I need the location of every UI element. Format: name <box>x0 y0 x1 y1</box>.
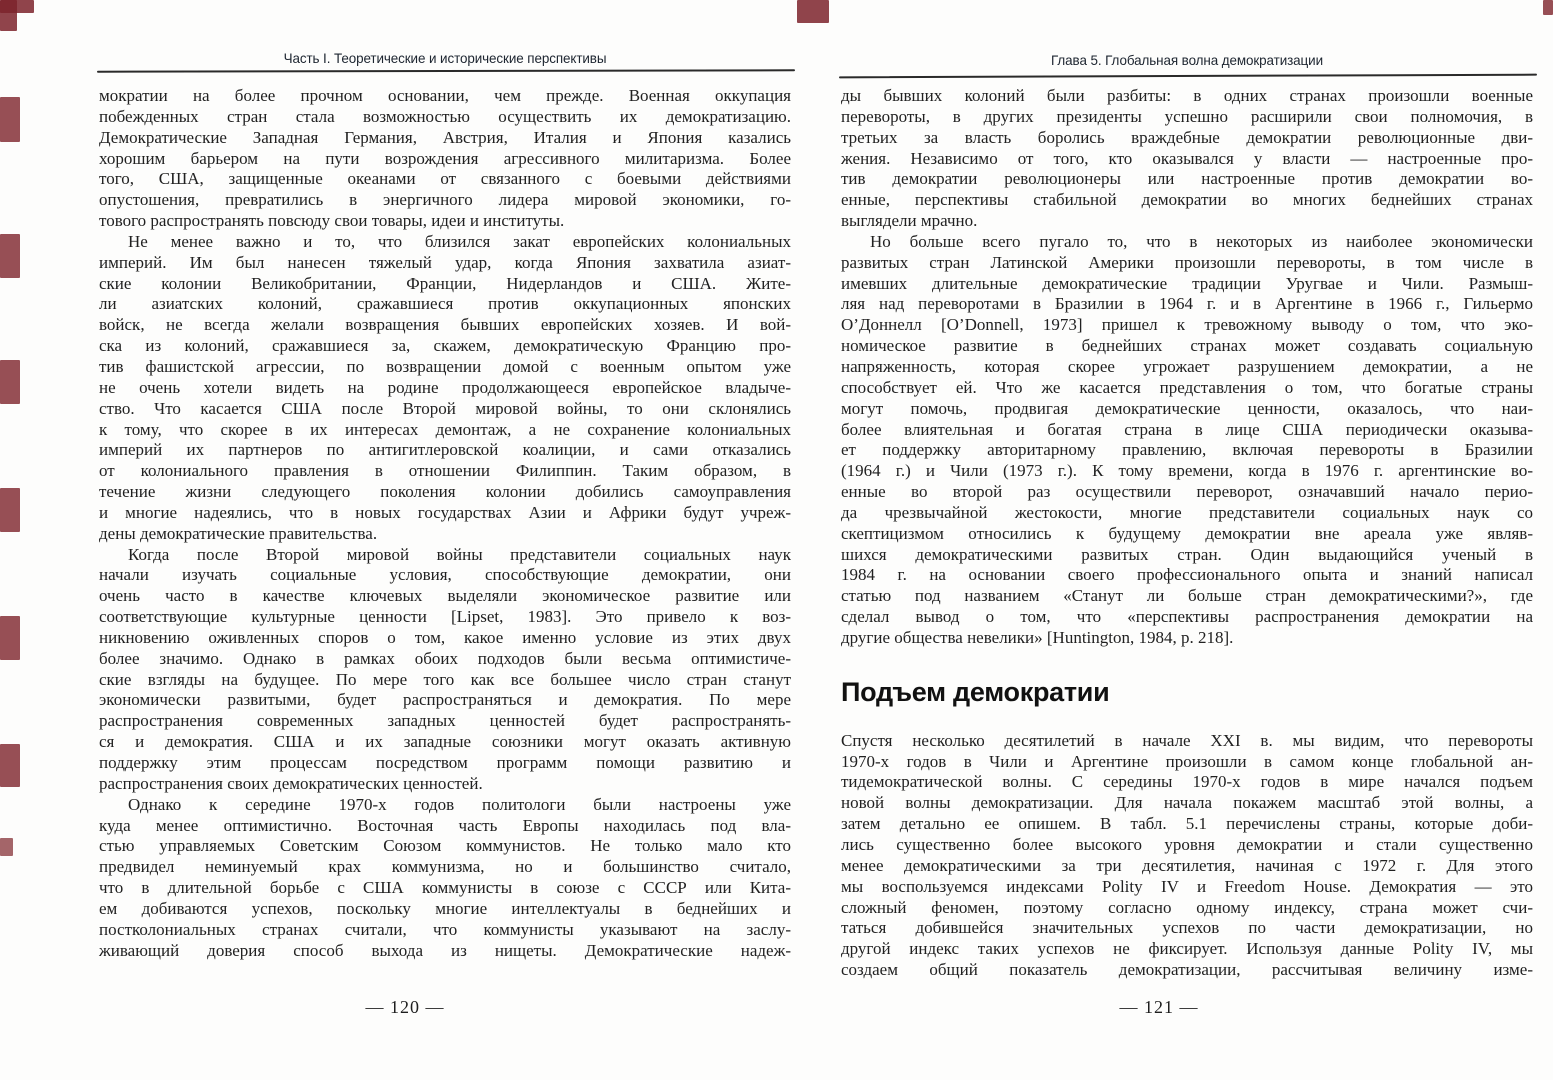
left-page: Часть I. Теоретические и исторические пе… <box>99 0 791 1080</box>
paragraph: Спустя несколько десятилетий в начале XX… <box>841 731 1533 981</box>
scan-edge-artifact <box>0 616 20 660</box>
text-line: выглядели мрачно. <box>841 211 1533 232</box>
text-line: ды бывших колоний были разбиты: в одних … <box>841 86 1533 107</box>
scan-edge-artifact <box>0 744 20 787</box>
text-line: ские взгляды на будущее. По мере того ка… <box>99 670 791 691</box>
right-page: Глава 5. Глобальная волна демократизации… <box>841 0 1533 1080</box>
right-header-rule <box>839 74 1537 79</box>
text-line: сложный феномен, поэтому согласно одному… <box>841 898 1533 919</box>
text-line: ляя над переворотами в Бразилии в 1964 г… <box>841 294 1533 315</box>
text-line: предвидел неминуемый крах коммунизма, но… <box>99 857 791 878</box>
text-line: от колониального правления в отношении Ф… <box>99 461 791 482</box>
text-line: тового распространять повсюду свои товар… <box>99 211 791 232</box>
scan-edge-artifact <box>0 360 20 404</box>
paragraph: Однако к середине 1970-х годов политолог… <box>99 795 791 962</box>
scan-edge-artifact <box>0 0 17 31</box>
text-line: способствует ей. Что же касается предста… <box>841 378 1533 399</box>
scan-edge-artifact <box>0 488 20 532</box>
text-line: номическое развитие в беднейших странах … <box>841 336 1533 357</box>
paragraph: ды бывших колоний были разбиты: в одних … <box>841 86 1533 232</box>
paragraph: мократии на более прочном основании, чем… <box>99 86 791 232</box>
text-line: 1970-х годов в Чили и Аргентине произошл… <box>841 752 1533 773</box>
text-line: ся и демократия. США и их западные союзн… <box>99 732 791 753</box>
text-line: побежденных стран стала возможностью осу… <box>99 107 791 128</box>
section-heading: Подъем демократии <box>841 676 1533 709</box>
text-line: стью управляемых Советским Союзом коммун… <box>99 836 791 857</box>
text-line: течение жизни следующего поколения колон… <box>99 482 791 503</box>
text-line: экономически развитыми, будет распростра… <box>99 690 791 711</box>
text-line: тив фашистской агрессии, по возвращении … <box>99 357 791 378</box>
text-line: и многие надеялись, что в новых государс… <box>99 503 791 524</box>
text-line: мократии на более прочном основании, чем… <box>99 86 791 107</box>
text-line: войск, не всегда желали возвращения бывш… <box>99 315 791 336</box>
text-line: другие общества невелики» [Huntington, 1… <box>841 628 1533 649</box>
text-line: Демократические Западная Германия, Австр… <box>99 128 791 149</box>
text-line: другой индекс таких успехов не фиксирует… <box>841 939 1533 960</box>
text-line: О’Доннелл [O’Donnell, 1973] пришел к тре… <box>841 315 1533 336</box>
text-line: ет поддержку авторитарному правлению, вк… <box>841 440 1533 461</box>
text-line: 1984 г. на основании своего профессионал… <box>841 565 1533 586</box>
text-line: енные, перспективы стабильной демократии… <box>841 190 1533 211</box>
left-running-head: Часть I. Теоретические и исторические пе… <box>113 50 777 66</box>
text-line: не очень хотели видеть на родине продолж… <box>99 378 791 399</box>
text-line: куда менее оптимистично. Восточная часть… <box>99 816 791 837</box>
text-line: опустошения, превратились в энергичного … <box>99 190 791 211</box>
text-line: ство. Что касается США после Второй миро… <box>99 399 791 420</box>
scan-edge-artifact <box>797 0 829 23</box>
text-line: хорошим барьером на пути возрождения агр… <box>99 149 791 170</box>
text-line: сделал вывод о том, что «перспективы рас… <box>841 607 1533 628</box>
text-line: третьих за власть боролись враждебные де… <box>841 128 1533 149</box>
text-line: империй. Им был нанесен тяжелый удар, ко… <box>99 253 791 274</box>
text-line: затем детально ее опишем. В табл. 5.1 пе… <box>841 814 1533 835</box>
text-line: напряженность, которая скорее угрожает р… <box>841 357 1533 378</box>
text-line: к тому, что скорее в их интересах демонт… <box>99 420 791 441</box>
text-line: скептицизмом относились к будущему демок… <box>841 524 1533 545</box>
text-line: менее демократическими за три десятилети… <box>841 856 1533 877</box>
text-line: что в длительной борьбе с США коммунисты… <box>99 878 791 899</box>
text-line: распространения своих демократических це… <box>99 774 791 795</box>
text-line: лись существенно более высокого уровня д… <box>841 835 1533 856</box>
right-page-number: — 121 — <box>813 997 1505 1018</box>
scan-edge-artifact <box>0 234 20 278</box>
scan-edge-artifact <box>0 838 13 856</box>
paragraph: Но больше всего пугало то, что в некотор… <box>841 232 1533 649</box>
text-line: ские колонии Великобритании, Франции, Ни… <box>99 274 791 295</box>
text-line: мы воспользуемся индексами Polity IV и F… <box>841 877 1533 898</box>
text-line: более влиятельная и богатая страна в лиц… <box>841 420 1533 441</box>
text-line: империй их партнеров по антигитлеровской… <box>99 440 791 461</box>
text-line: тив демократии революционеры или настрое… <box>841 169 1533 190</box>
text-line: Но больше всего пугало то, что в некотор… <box>841 232 1533 253</box>
text-line: таться добившейся значительных успехов п… <box>841 918 1533 939</box>
text-line: тидемократической волны. С середины 1970… <box>841 772 1533 793</box>
text-line: поддержку этим процессам посредством про… <box>99 753 791 774</box>
text-line: начали изучать социальные условия, спосо… <box>99 565 791 586</box>
scan-edge-artifact <box>0 97 20 142</box>
text-line: новой волны демократизации. Для начала п… <box>841 793 1533 814</box>
left-header-rule <box>97 69 795 72</box>
left-body-text: мократии на более прочном основании, чем… <box>99 86 791 961</box>
text-line: ли азиатских колоний, сражавшиеся против… <box>99 294 791 315</box>
text-line: жения. Независимо от того, кто оказывалс… <box>841 149 1533 170</box>
text-line: Однако к середине 1970-х годов политолог… <box>99 795 791 816</box>
text-line: более значимо. Однако в рамках обоих под… <box>99 649 791 670</box>
text-line: имевших длительные демократические тради… <box>841 274 1533 295</box>
text-line: могут помочь, продвигая демократические … <box>841 399 1533 420</box>
text-line: никновению оживленных споров о том, како… <box>99 628 791 649</box>
text-line: распространения современных западных цен… <box>99 711 791 732</box>
text-line: да чрезвычайной жестокости, многие предс… <box>841 503 1533 524</box>
text-line: ем добиваются успехов, поскольку многие … <box>99 899 791 920</box>
text-line: соответствующие культурные ценности [Lip… <box>99 607 791 628</box>
text-line: дены демократические правительства. <box>99 524 791 545</box>
text-line: Не менее важно и то, что близился закат … <box>99 232 791 253</box>
scan-edge-artifact <box>1543 0 1553 15</box>
text-line: (1964 г.) и Чили (1973 г.). К тому време… <box>841 461 1533 482</box>
right-body-text: ды бывших колоний были разбиты: в одних … <box>841 86 1533 981</box>
text-line: живающий доверия способ выхода из нищеты… <box>99 941 791 962</box>
text-line: создаем общий показатель демократизации,… <box>841 960 1533 981</box>
text-line: постколониальных странах считали, что ко… <box>99 920 791 941</box>
left-page-number: — 120 — <box>59 997 751 1018</box>
text-line: перевороты, в других президенты успешно … <box>841 107 1533 128</box>
text-line: ска из колоний, сражавшиеся за, скажем, … <box>99 336 791 357</box>
text-line: Спустя несколько десятилетий в начале XX… <box>841 731 1533 752</box>
text-line: того, США, защищенные океанами от связан… <box>99 169 791 190</box>
book-scan-spread: { "document": { "background": "#fdfdfc",… <box>0 0 1553 1080</box>
text-line: очень часто в качестве ключевых выделяли… <box>99 586 791 607</box>
text-line: енные во второй раз осуществили переворо… <box>841 482 1533 503</box>
text-line: развитых стран Латинской Америки произош… <box>841 253 1533 274</box>
paragraph: Не менее важно и то, что близился закат … <box>99 232 791 545</box>
text-line: шихся демократическими развитых стран. О… <box>841 545 1533 566</box>
right-running-head: Глава 5. Глобальная волна демократизации <box>855 52 1519 68</box>
text-line: Когда после Второй мировой войны предста… <box>99 545 791 566</box>
paragraph: Когда после Второй мировой войны предста… <box>99 545 791 795</box>
text-line: статью под названием «Станут ли больше с… <box>841 586 1533 607</box>
